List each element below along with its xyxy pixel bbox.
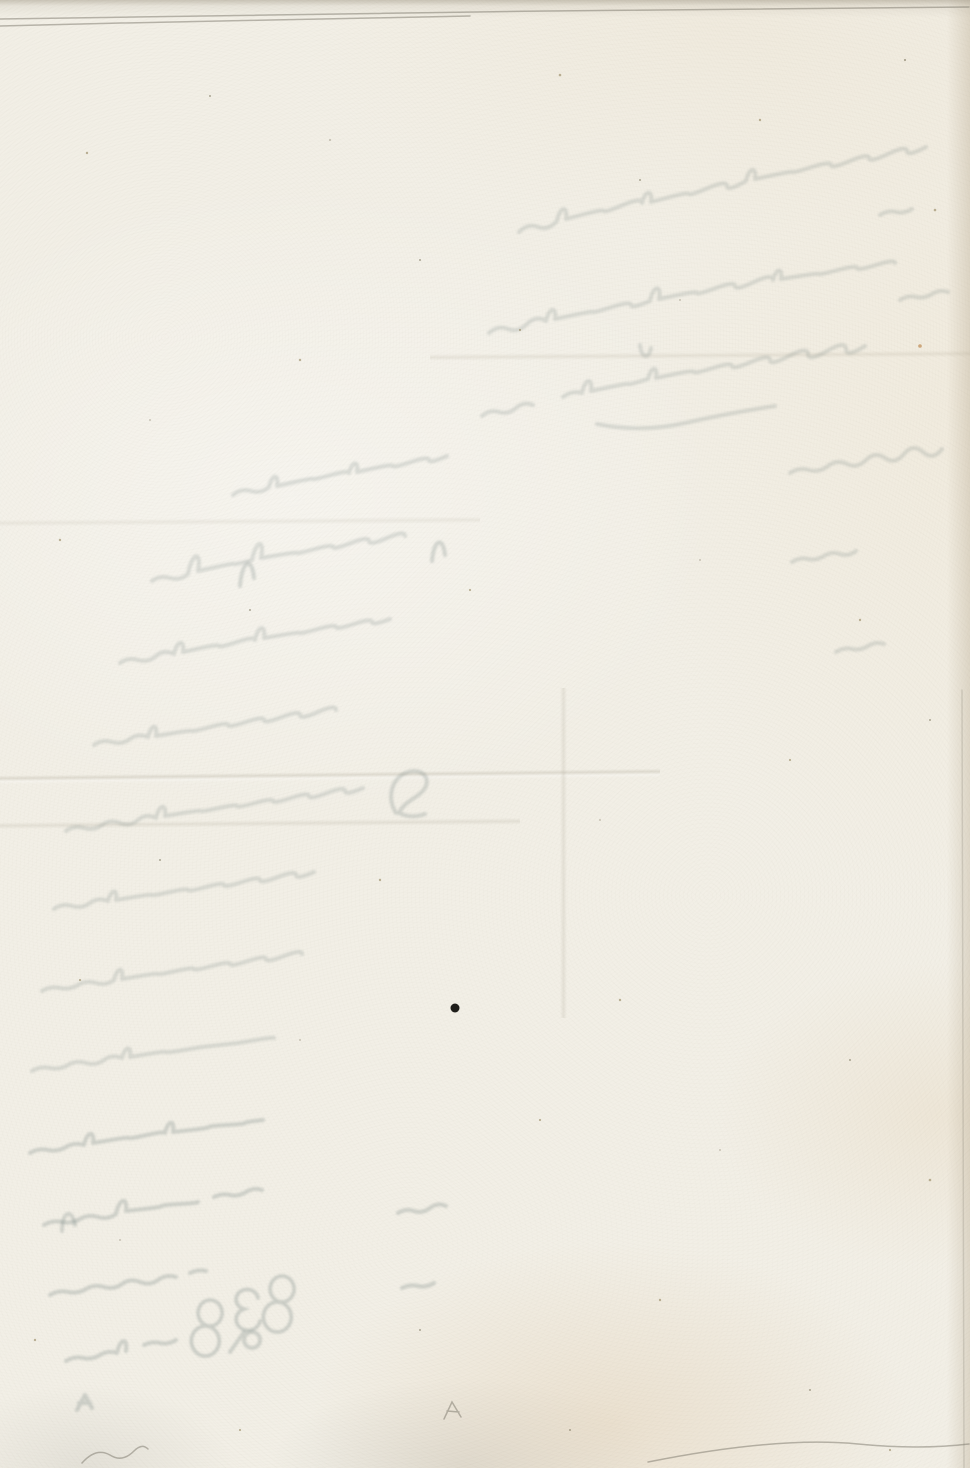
bleedthrough-loop-strokes [62,542,445,1231]
scan-marks-overlay [0,0,970,1468]
ink-bleedthrough-left-block-lower [30,1120,446,1410]
scanned-letter-page [0,0,970,1468]
bleedthrough-script-lines [482,147,948,652]
bottom-curve-a-mark-scribble [82,1402,969,1463]
ink-dot [451,1004,460,1013]
edge-line-stroke [962,690,964,1468]
fold-line-top [0,7,969,26]
fold-line-strokes [0,7,969,26]
ink-bleedthrough-left-block-upper [32,456,447,1071]
ink-bleedthrough-top-block [482,147,948,652]
right-edge-line [962,690,964,1468]
bleedthrough-script-lines [32,456,447,1071]
mirrored-numerals-838 [191,1276,294,1356]
numerals-838-strokes [191,1276,294,1356]
ink-bleedthrough-loops [62,542,445,1231]
bleedthrough-script-lines [30,1120,446,1410]
paper-speckles [34,59,937,1451]
pencil-bottom-marks [82,1402,969,1463]
